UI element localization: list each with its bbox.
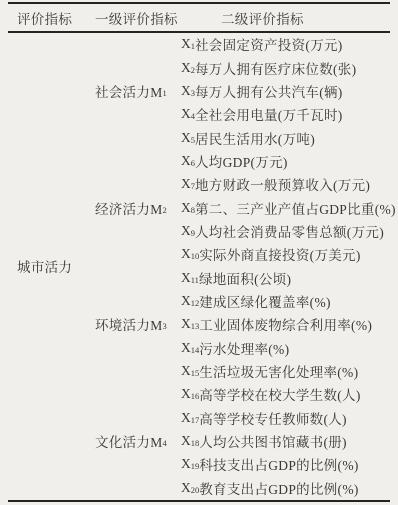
level2-indicator-row: X9人均社会消费品零售总额(万元) [181, 219, 396, 242]
group-name: 社会活力M [95, 81, 163, 101]
level2-indicator-column: X1社会固定资产投资(万元)X2每万人拥有医疗床位数(张)X3每万人拥有公共汽车… [181, 33, 396, 500]
variable-symbol: X [181, 176, 191, 192]
group-name: 经济活力M [95, 198, 163, 218]
header-level1-indicator: 一级评价指标 [95, 8, 181, 28]
level2-indicator-row: X18人均公共图书馆藏书(册) [181, 429, 396, 452]
level2-indicator-row: X20教育支出占GDP的比例(%) [181, 476, 396, 499]
variable-symbol: X [181, 106, 191, 122]
group-name: 环境活力M [95, 314, 163, 334]
level1-indicator-label: 社会活力M1 [95, 33, 181, 150]
level2-indicator-row: X6人均GDP(万元) [181, 149, 396, 172]
level2-indicator-row: X7地方财政一般预算收入(万元) [181, 173, 396, 196]
table-header-row: 评价指标 一级评价指标 二级评价指标 [8, 4, 390, 31]
table-bottom-rule [8, 500, 390, 502]
group-name: 文化活力M [95, 431, 163, 451]
variable-symbol: X [181, 340, 191, 356]
level2-indicator-row: X17高等学校专任教师数(人) [181, 406, 396, 429]
variable-symbol: X [181, 316, 191, 332]
level2-indicator-row: X10实际外商直接投资(万美元) [181, 243, 396, 266]
header-level2-indicator: 二级评价指标 [181, 8, 390, 28]
level2-indicator-row: X16高等学校在校大学生数(人) [181, 383, 396, 406]
evaluation-indicator-table: 评价指标 一级评价指标 二级评价指标 城市活力 社会活力M1经济活力M2环境活力… [8, 2, 390, 502]
level2-indicator-row: X19科技支出占GDP的比例(%) [181, 453, 396, 476]
level2-indicator-row: X11绿地面积(公顷) [181, 266, 396, 289]
level2-indicator-row: X5居民生活用水(万吨) [181, 126, 396, 149]
variable-symbol: X [181, 456, 191, 472]
variable-symbol: X [181, 363, 191, 379]
variable-symbol: X [181, 200, 191, 216]
level1-indicator-column: 社会活力M1经济活力M2环境活力M3文化活力M4 [95, 33, 181, 500]
top-indicator-label: 城市活力 [17, 256, 72, 276]
header-evaluation-indicator: 评价指标 [8, 8, 95, 28]
variable-symbol: X [181, 223, 191, 239]
variable-symbol: X [181, 386, 191, 402]
variable-symbol: X [181, 246, 191, 262]
variable-symbol: X [181, 480, 191, 496]
level2-indicator-row: X4全社会用电量(万千瓦时) [181, 103, 396, 126]
variable-symbol: X [181, 293, 191, 309]
variable-symbol: X [181, 83, 191, 99]
variable-symbol: X [181, 433, 191, 449]
level2-indicator-row: X14污水处理率(%) [181, 336, 396, 359]
table-body: 城市活力 社会活力M1经济活力M2环境活力M3文化活力M4 X1社会固定资产投资… [8, 33, 390, 500]
level2-indicator-row: X1社会固定资产投资(万元) [181, 33, 396, 56]
level2-indicator-row: X8第二、三产业产值占GDP比重(%) [181, 196, 396, 219]
level2-indicator-row: X3每万人拥有公共汽车(辆) [181, 79, 396, 102]
level1-indicator-label: 经济活力M2 [95, 149, 181, 266]
level1-indicator-label: 文化活力M4 [95, 383, 181, 500]
level2-indicator-row: X12建成区绿化覆盖率(%) [181, 289, 396, 312]
top-indicator-cell: 城市活力 [8, 33, 95, 500]
variable-symbol: X [181, 60, 191, 76]
variable-symbol: X [181, 36, 191, 52]
level2-indicator-row: X2每万人拥有医疗床位数(张) [181, 56, 396, 79]
variable-symbol: X [181, 130, 191, 146]
variable-symbol: X [181, 270, 191, 286]
scanned-paper-table-page: 评价指标 一级评价指标 二级评价指标 城市活力 社会活力M1经济活力M2环境活力… [0, 0, 398, 505]
level2-indicator-row: X13工业固体废物综合利用率(%) [181, 313, 396, 336]
level2-indicator-row: X15生活垃圾无害化处理率(%) [181, 359, 396, 382]
variable-symbol: X [181, 410, 191, 426]
variable-symbol: X [181, 153, 191, 169]
level1-indicator-label: 环境活力M3 [95, 266, 181, 383]
